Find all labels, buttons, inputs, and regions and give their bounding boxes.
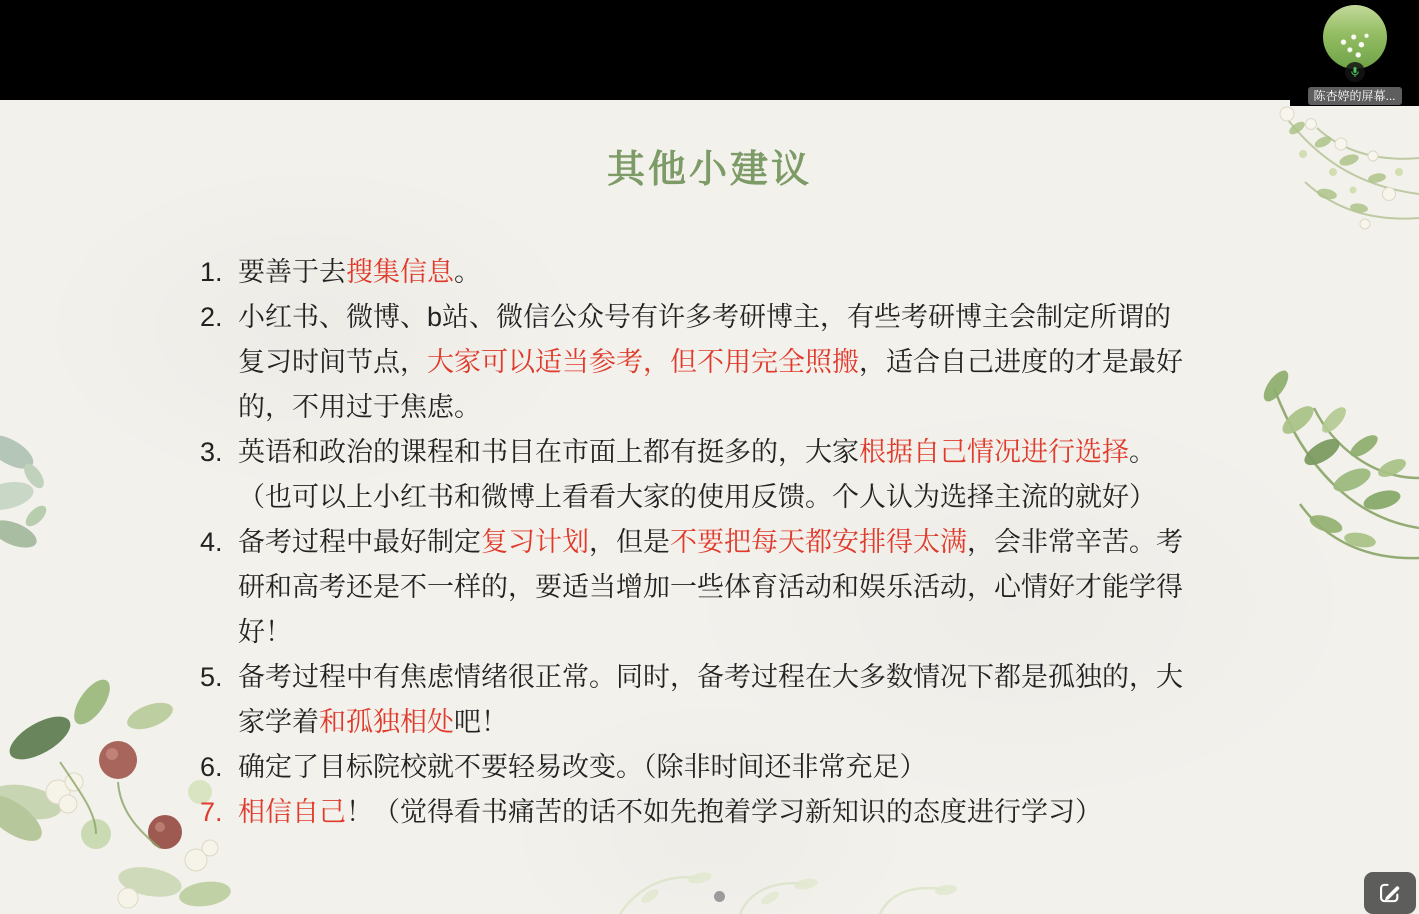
list-item-number: 7.: [200, 790, 238, 835]
list-item: 3.英语和政治的课程和书目在市面上都有挺多的，大家根据自己情况进行选择。（也可以…: [200, 430, 1192, 520]
microphone-icon: [1345, 62, 1365, 82]
suggestion-list: 1.要善于去搜集信息。2.小红书、微博、b站、微信公众号有许多考研博主，有些考研…: [200, 250, 1192, 835]
list-item: 1.要善于去搜集信息。: [200, 250, 1192, 295]
list-item-text: 英语和政治的课程和书目在市面上都有挺多的，大家根据自己情况进行选择。（也可以上小…: [238, 437, 1156, 512]
list-item-text: 确定了目标院校就不要轻易改变。（除非时间还非常充足）: [238, 752, 927, 782]
list-item-text: 小红书、微博、b站、微信公众号有许多考研博主，有些考研博主会制定所谓的复习时间节…: [238, 302, 1183, 422]
list-item: 6.确定了目标院校就不要轻易改变。（除非时间还非常充足）: [200, 745, 1192, 790]
floral-decoration-right-middle: [1214, 328, 1419, 568]
list-item: 5.备考过程中有焦虑情绪很正常。同时，备考过程在大多数情况下都是孤独的，大家学着…: [200, 655, 1192, 745]
top-black-bar: [0, 0, 1419, 100]
list-item-number: 4.: [200, 520, 238, 565]
floral-decoration-bottom-center: [580, 844, 1010, 914]
list-item: 7.相信自己！（觉得看书痛苦的话不如先抱着学习新知识的态度进行学习）: [200, 790, 1192, 835]
slide-indicator-dot: [714, 891, 725, 902]
slide-title: 其他小建议: [0, 138, 1419, 193]
list-item-number: 1.: [200, 250, 238, 295]
list-item-number: 3.: [200, 430, 238, 475]
list-item-text: 备考过程中有焦虑情绪很正常。同时，备考过程在大多数情况下都是孤独的，大家学着和孤…: [238, 662, 1183, 737]
participant-video-tile[interactable]: 陈杏婷的屏幕...: [1290, 0, 1419, 106]
list-item: 2.小红书、微博、b站、微信公众号有许多考研博主，有些考研博主会制定所谓的复习时…: [200, 295, 1192, 430]
list-item-text: 要善于去搜集信息。: [238, 257, 481, 287]
participant-avatar: [1323, 5, 1387, 69]
list-item-text: 备考过程中最好制定复习计划，但是不要把每天都安排得太满，会非常辛苦。考研和高考还…: [238, 527, 1183, 647]
floral-decoration-left-middle: [0, 412, 70, 572]
participant-name-label: 陈杏婷的屏幕...: [1307, 87, 1401, 105]
list-item-number: 6.: [200, 745, 238, 790]
meeting-screen: 其他小建议 1.要善于去搜集信息。2.小红书、微博、b站、微信公众号有许多考研博…: [0, 0, 1419, 914]
pen-icon: [1377, 880, 1403, 906]
shared-slide: 其他小建议 1.要善于去搜集信息。2.小红书、微博、b站、微信公众号有许多考研博…: [0, 100, 1419, 914]
list-item-number: 2.: [200, 295, 238, 340]
list-item-number: 5.: [200, 655, 238, 700]
list-item: 4.备考过程中最好制定复习计划，但是不要把每天都安排得太满，会非常辛苦。考研和高…: [200, 520, 1192, 655]
list-item-text: 相信自己！（觉得看书痛苦的话不如先抱着学习新知识的态度进行学习）: [238, 797, 1102, 827]
annotate-button[interactable]: [1364, 872, 1416, 914]
